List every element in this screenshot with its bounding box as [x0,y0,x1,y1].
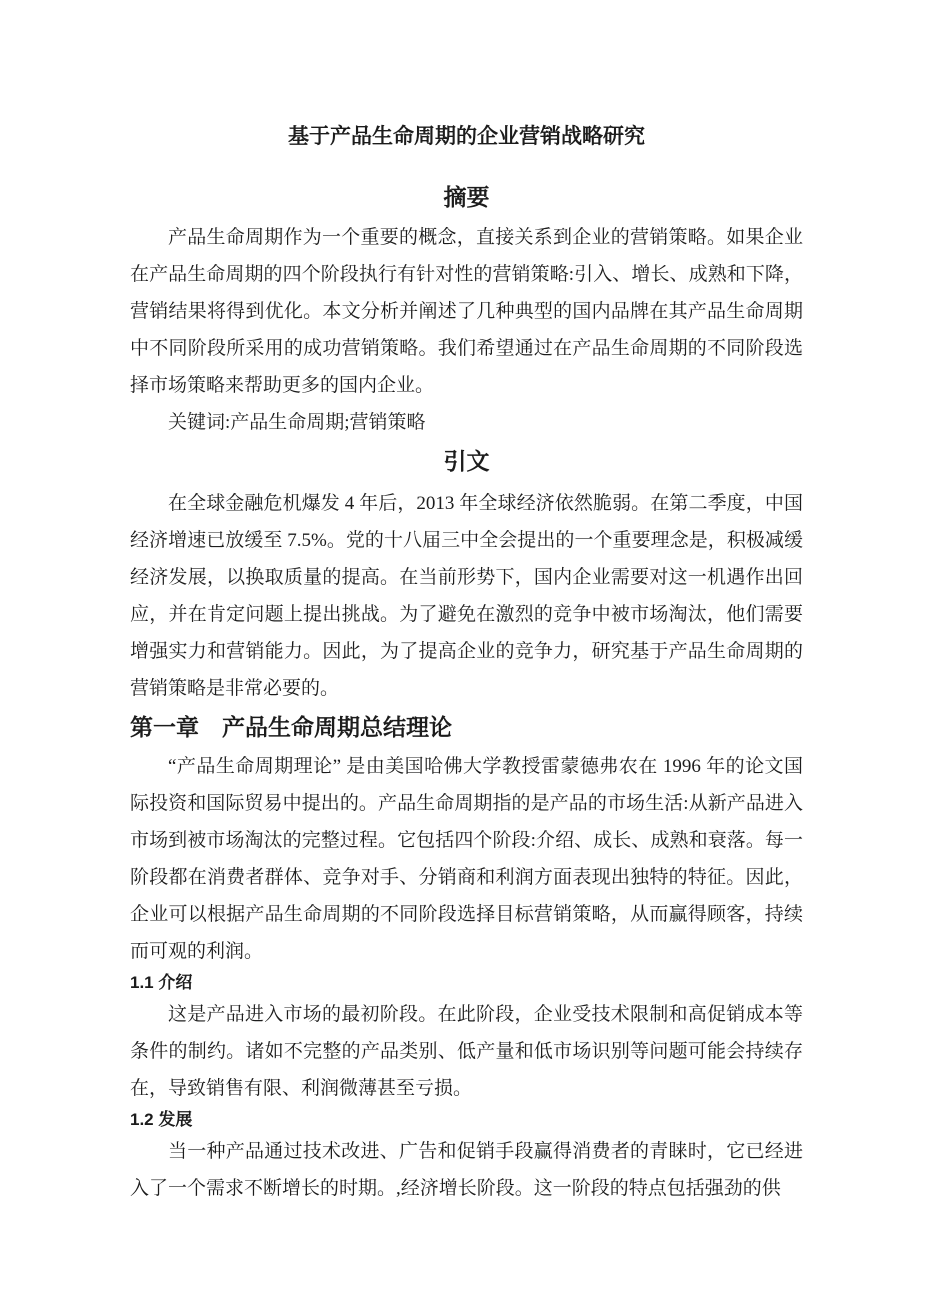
document-title: 基于产品生命周期的企业营销战略研究 [130,122,803,152]
chapter1-paragraph: “产品生命周期理论” 是由美国哈佛大学教授雷蒙德弗农在 1996 年的论文国际投… [130,748,803,970]
document-page: 基于产品生命周期的企业营销战略研究 摘要 产品生命周期作为一个重要的概念，直接关… [0,0,926,1309]
subsection-1-2-paragraph: 当一种产品通过技术改进、广告和促销手段赢得消费者的青睐时，它已经进入了一个需求不… [130,1133,803,1207]
abstract-paragraph: 产品生命周期作为一个重要的概念，直接关系到企业的营销策略。如果企业在产品生命周期… [130,219,803,404]
subsection-1-2-heading: 1.2 发展 [130,1107,803,1133]
subsection-1-1-paragraph: 这是产品进入市场的最初阶段。在此阶段，企业受技术限制和高促销成本等条件的制约。诸… [130,996,803,1107]
chapter1-heading: 第一章 产品生命周期总结理论 [130,710,803,744]
introduction-paragraph: 在全球金融危机爆发 4 年后，2013 年全球经济依然脆弱。在第二季度，中国经济… [130,485,803,707]
introduction-heading: 引文 [130,445,803,477]
keywords-line: 关键词:产品生命周期;营销策略 [130,404,803,441]
subsection-1-1-heading: 1.1 介绍 [130,970,803,996]
abstract-heading: 摘要 [130,181,803,213]
